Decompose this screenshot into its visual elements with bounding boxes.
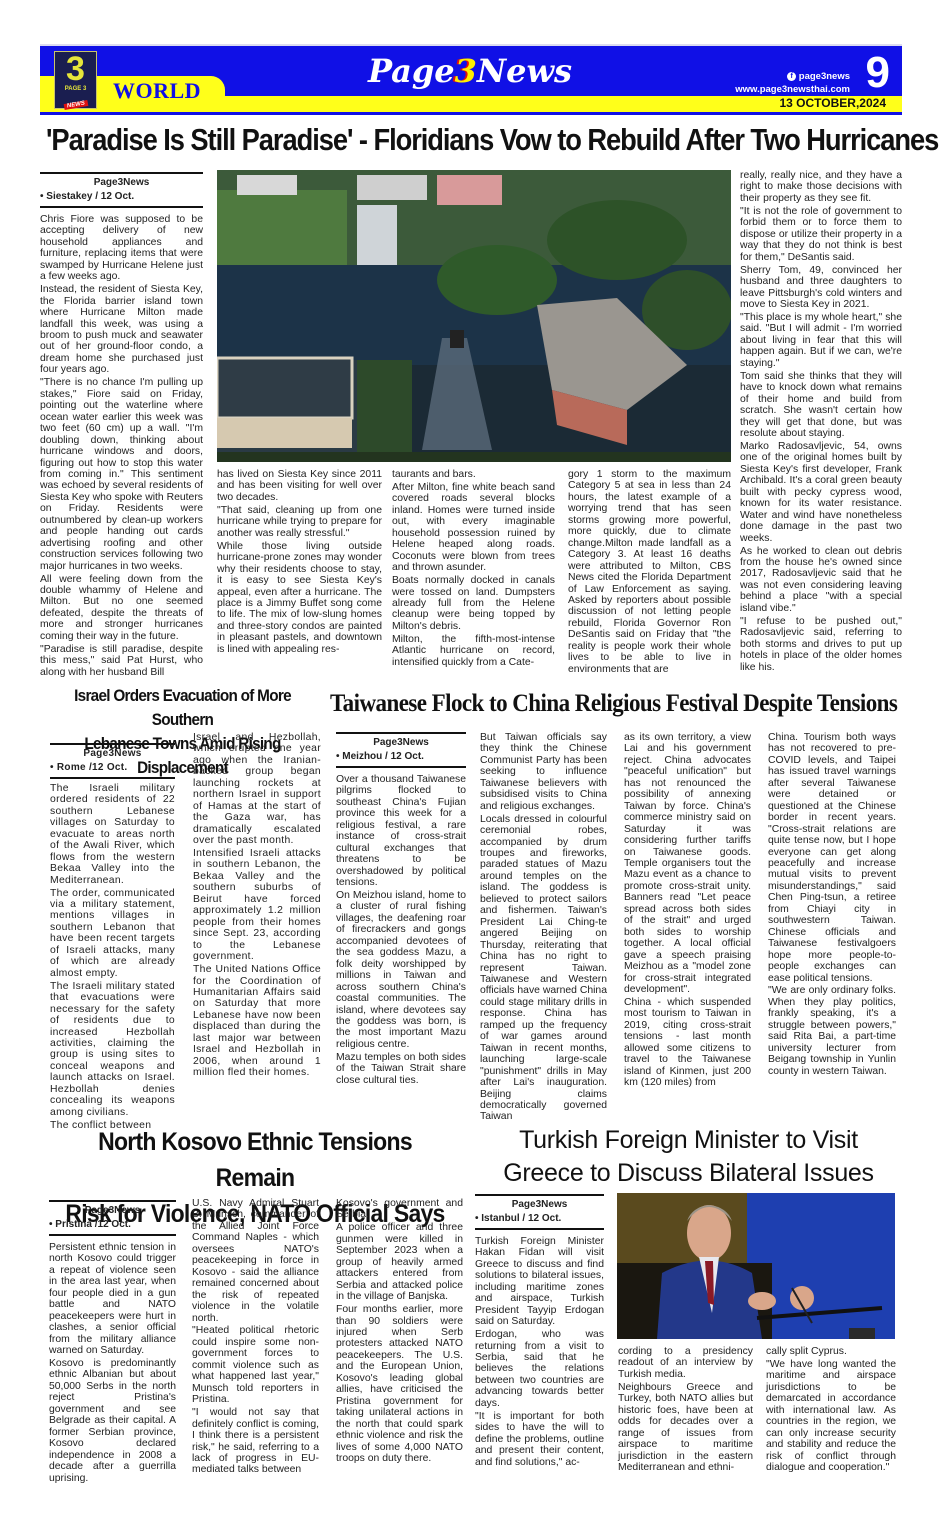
kosovo-col-2: U.S. Navy Admiral Stuart B. Munsch, comm… [192, 1198, 319, 1477]
paragraph: "Heated political rhetoric could inspire… [192, 1325, 319, 1405]
florida-col-5: really, really nice, and they have a rig… [740, 170, 902, 674]
israel-col-1: Page3News • Rome /12 Oct. The Israeli mi… [50, 741, 175, 1133]
paragraph: cording to a presidency readout of an in… [618, 1346, 753, 1380]
byline-source: Page3News [336, 736, 466, 750]
website-url: www.page3newsthai.com [735, 84, 850, 95]
byline-source: Page3News [40, 176, 203, 190]
byline-location: • Siestakey / 12 Oct. [40, 190, 203, 204]
divider [40, 172, 203, 174]
paragraph: After Milton, fine white beach sand cove… [392, 482, 555, 574]
byline-location: • Pristina /12 Oct. [49, 1218, 176, 1232]
paragraph: taurants and bars. [392, 469, 555, 480]
brand-prefix: Page [368, 52, 455, 90]
byline-source: Page3News [50, 747, 175, 761]
paragraph: "That said, cleaning up from one hurrica… [217, 505, 382, 539]
taiwan-headline: Taiwanese Flock to China Religious Festi… [330, 690, 856, 718]
divider [336, 732, 466, 734]
byline-location-text: Istanbul / 12 Oct. [481, 1213, 561, 1224]
paragraph: Kosovo's government and Serbia. [336, 1198, 463, 1221]
paragraph: Kosovo is predominantly ethnic Albanian … [49, 1358, 176, 1484]
flooded-neighborhood-image [217, 170, 731, 462]
paragraph: has lived on Siesta Key since 2011 and h… [217, 469, 382, 503]
divider [50, 743, 175, 745]
paragraph: China. Tourism both ways has not recover… [768, 732, 896, 984]
paragraph: Milton, the fifth-most-intense Atlantic … [392, 634, 555, 668]
divider [475, 1194, 604, 1196]
florida-col-1: Page3News • Siestakey / 12 Oct. Chris Fi… [40, 170, 203, 680]
byline-location-text: Rome /12 Oct. [57, 762, 128, 773]
divider [49, 1200, 176, 1202]
turkey-col-1: Page3News • Istanbul / 12 Oct. Turkish F… [475, 1192, 604, 1470]
kosovo-col-1: Page3News • Pristina /12 Oct. Persistent… [49, 1198, 176, 1486]
paragraph: U.S. Navy Admiral Stuart B. Munsch, comm… [192, 1198, 319, 1324]
paragraph: as its own territory, a view Lai and his… [624, 732, 751, 995]
israel-col-2: Israel and Hezbollah, which erupted one … [193, 732, 321, 1080]
minister-at-podium-image [617, 1193, 895, 1339]
paragraph: Over a thousand Taiwanese pilgrims flock… [336, 774, 466, 889]
masthead-underline [40, 112, 902, 115]
page3-logo: 3 PAGE 3 NEWS [54, 51, 97, 109]
byline-source: Page3News [475, 1198, 604, 1212]
byline-location-text: Siestakey / 12 Oct. [46, 191, 134, 202]
byline: Page3News • Istanbul / 12 Oct. [475, 1198, 604, 1226]
byline-location-text: Meizhou / 12 Oct. [342, 751, 424, 762]
paragraph: "There is no chance I'm pulling up stake… [40, 377, 203, 572]
taiwan-col-2: But Taiwan officials say they think the … [480, 732, 607, 1124]
divider [40, 206, 203, 208]
page-number: 9 [866, 50, 890, 96]
florida-col-4: gory 1 storm to the maximum Category 5 a… [568, 469, 731, 677]
headline-line: Greece to Discuss Bilateral Issues [475, 1157, 902, 1190]
brand-wordmark: Page3News [340, 52, 600, 90]
paragraph: gory 1 storm to the maximum Category 5 a… [568, 469, 731, 675]
paragraph: Marko Radosavljevic, 54, owns one of the… [740, 441, 902, 544]
paragraph: really, really nice, and they have a rig… [740, 170, 902, 204]
paragraph: Turkish Foreign Minister Hakan Fidan wil… [475, 1236, 604, 1328]
paragraph: The Israeli military ordered residents o… [50, 783, 175, 886]
paragraph: Persistent ethnic tension in north Kosov… [49, 1242, 176, 1357]
paragraph: Locals dressed in colourful ceremonial r… [480, 814, 607, 1123]
paragraph: Chris Fiore was supposed to be accepting… [40, 214, 203, 283]
turkey-headline: Turkish Foreign Minister to Visit Greece… [475, 1124, 902, 1190]
kosovo-col-3: Kosovo's government and Serbia. A police… [336, 1198, 463, 1466]
paragraph: All were feeling down from the double wh… [40, 574, 203, 643]
headline-line: Israel Orders Evacuation of More Souther… [54, 684, 311, 732]
divider [336, 766, 466, 768]
facebook-handle-text: page3news [799, 71, 850, 82]
taiwan-col-1: Page3News • Meizhou / 12 Oct. Over a tho… [336, 730, 466, 1088]
headline-line: North Kosovo Ethnic Tensions Remain [57, 1124, 453, 1196]
divider [49, 1234, 176, 1236]
paragraph: As he worked to clean out debris from th… [740, 546, 902, 615]
divider [475, 1228, 604, 1230]
byline-location: • Rome /12 Oct. [50, 761, 175, 775]
headline-line: Turkish Foreign Minister to Visit [475, 1124, 902, 1157]
paragraph: "This place is my whole heart," she said… [740, 312, 902, 369]
paragraph: On Meizhou island, home to a cluster of … [336, 890, 466, 1050]
paragraph: Israel and Hezbollah, which erupted one … [193, 732, 321, 847]
paragraph: cally split Cyprus. [766, 1346, 896, 1357]
paragraph: "It is important for both sides to have … [475, 1411, 604, 1468]
florida-col-2: has lived on Siesta Key since 2011 and h… [217, 469, 382, 657]
logo-caption: PAGE 3 [55, 86, 96, 93]
paragraph: Mazu temples on both sides of the Taiwan… [336, 1052, 466, 1086]
paragraph: But Taiwan officials say they think the … [480, 732, 607, 812]
paragraph: A police officer and three gunmen were k… [336, 1222, 463, 1302]
byline: Page3News • Siestakey / 12 Oct. [40, 176, 203, 204]
paragraph: "It is not the role of government to for… [740, 206, 902, 263]
paragraph: "We are only ordinary folks. When they p… [768, 985, 896, 1077]
paragraph: Neighbours Greece and Turkey, both NATO … [618, 1382, 753, 1474]
byline-location: • Meizhou / 12 Oct. [336, 750, 466, 764]
paragraph: The order, communicated via a military s… [50, 888, 175, 980]
lead-headline: 'Paradise Is Still Paradise' - Floridian… [46, 122, 799, 158]
byline-location: • Istanbul / 12 Oct. [475, 1212, 604, 1226]
paragraph: Boats normally docked in canals were tos… [392, 575, 555, 632]
minister-photo [617, 1193, 895, 1339]
byline-source: Page3News [49, 1204, 176, 1218]
facebook-handle: f page3news [787, 71, 850, 82]
paragraph: Tom said she thinks that they will have … [740, 371, 902, 440]
taiwan-col-4: China. Tourism both ways has not recover… [768, 732, 896, 1079]
paragraph: "I would not say that definitely conflic… [192, 1407, 319, 1476]
logo-tag: NEWS [63, 100, 88, 110]
divider [50, 777, 175, 779]
paragraph: China - which suspended most tourism to … [624, 997, 751, 1089]
masthead: 3 PAGE 3 NEWS WORLD Page3News f page3new… [40, 44, 902, 112]
aerial-flood-photo [217, 170, 731, 462]
issue-date: 13 OCTOBER,2024 [780, 96, 887, 110]
newspaper-page: 3 PAGE 3 NEWS WORLD Page3News f page3new… [40, 44, 902, 1524]
byline-location-text: Pristina /12 Oct. [55, 1219, 131, 1230]
facebook-icon: f [787, 72, 796, 81]
byline: Page3News • Meizhou / 12 Oct. [336, 736, 466, 764]
paragraph: While those living outside hurricane-pro… [217, 541, 382, 656]
paragraph: Four months earlier, more than 90 soldie… [336, 1304, 463, 1464]
paragraph: Erdogan, who was returning from a visit … [475, 1329, 604, 1409]
turkey-col-3: cally split Cyprus. "We have long wanted… [766, 1346, 896, 1475]
paragraph: The Israeli military stated that evacuat… [50, 981, 175, 1118]
paragraph: The United Nations Office for the Coordi… [193, 964, 321, 1079]
florida-col-3: taurants and bars. After Milton, fine wh… [392, 469, 555, 670]
paragraph: Sherry Tom, 49, convinced her husband an… [740, 265, 902, 311]
brand-number: 3 [455, 52, 477, 90]
paragraph: "Paradise is still paradise, despite thi… [40, 644, 203, 678]
paragraph: Instead, the resident of Siesta Key, the… [40, 284, 203, 376]
logo-number: 3 [55, 52, 96, 86]
byline: Page3News • Rome /12 Oct. [50, 747, 175, 775]
brand-suffix: News [477, 52, 572, 90]
turkey-col-2: cording to a presidency readout of an in… [618, 1346, 753, 1475]
paragraph: Intensified Israeli attacks in southern … [193, 848, 321, 963]
section-label: WORLD [113, 78, 201, 104]
paragraph: "We have long wanted the maritime and ai… [766, 1359, 896, 1474]
byline: Page3News • Pristina /12 Oct. [49, 1204, 176, 1232]
taiwan-col-3: as its own territory, a view Lai and his… [624, 732, 751, 1090]
paragraph: "I refuse to be pushed out," Radosavljev… [740, 616, 902, 673]
